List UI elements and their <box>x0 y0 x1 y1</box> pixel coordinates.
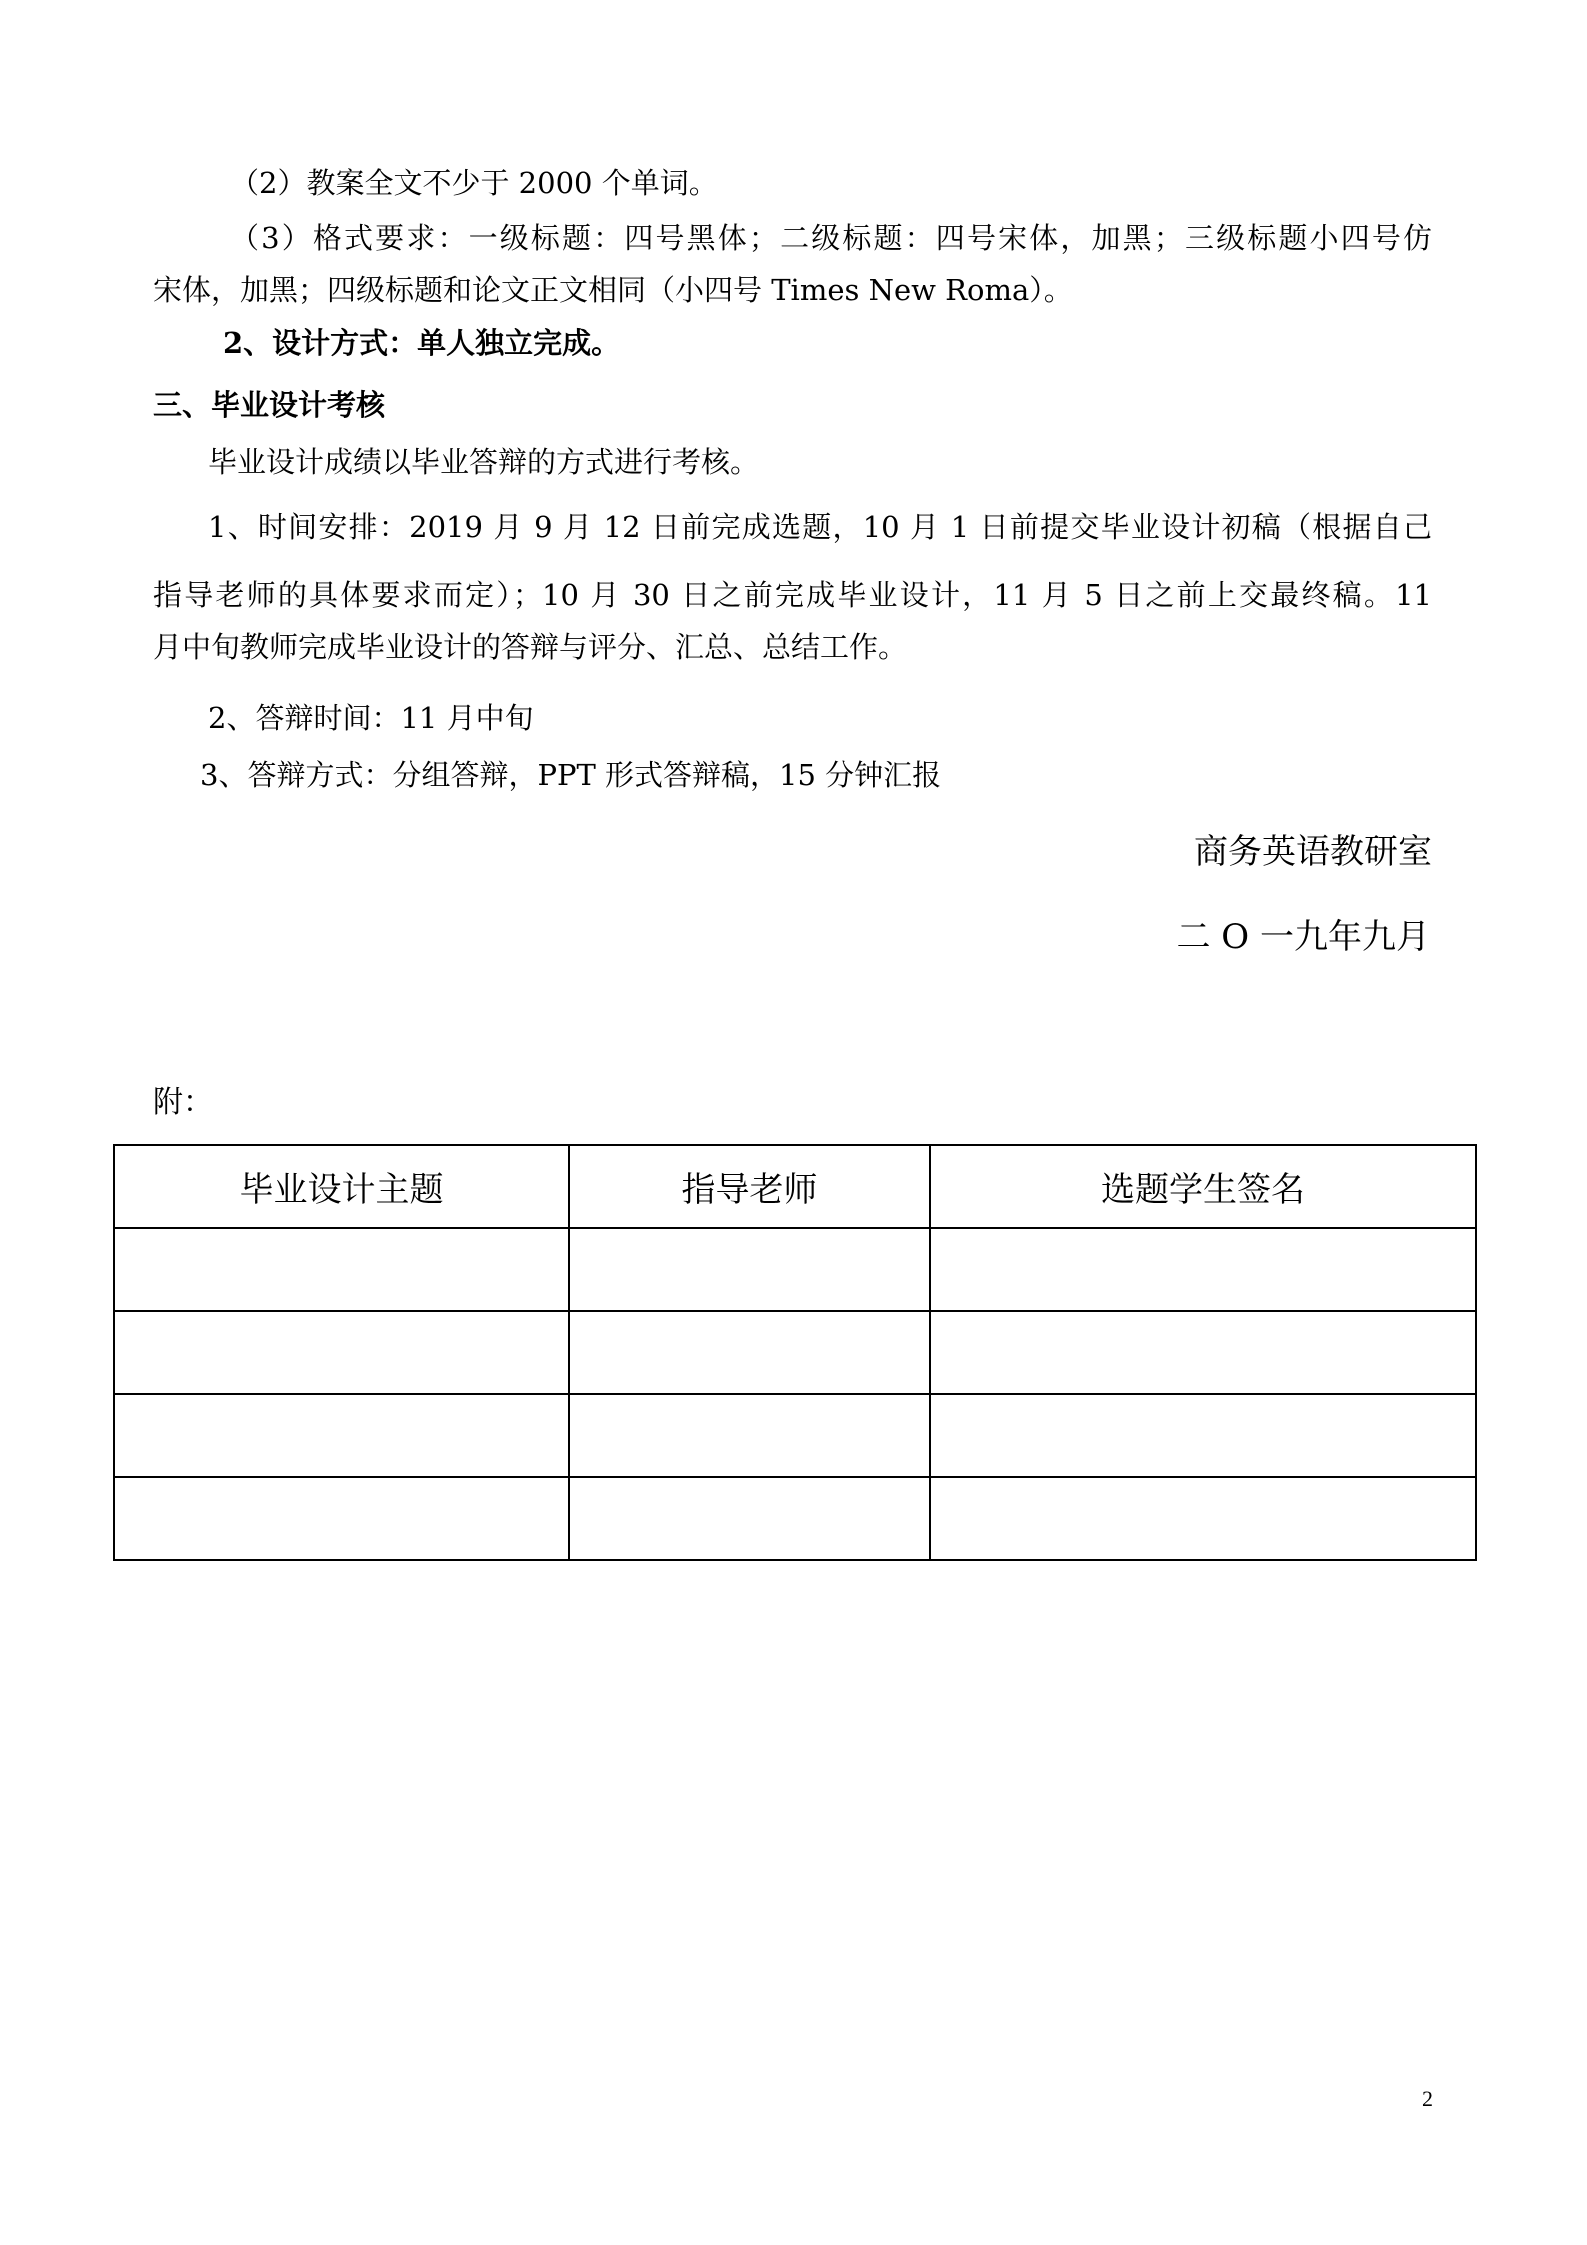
section-heading-assessment: 三、毕业设计考核 <box>153 387 385 423</box>
paragraph-requirement-2: （2）教案全文不少于 2000 个单词。 <box>230 165 718 201</box>
appendix-label: 附： <box>153 1085 213 1121</box>
table-row <box>114 1311 1476 1394</box>
cell-student-signature <box>930 1228 1476 1311</box>
table-row <box>114 1394 1476 1477</box>
table-row <box>114 1477 1476 1560</box>
header-design-topic: 毕业设计主题 <box>114 1145 569 1228</box>
cell-design-topic <box>114 1477 569 1560</box>
cell-design-topic <box>114 1228 569 1311</box>
paragraph-requirement-3-line2: 宋体，加黑；四级标题和论文正文相同（小四号 Times New Roma）。 <box>153 272 1073 308</box>
header-advisor: 指导老师 <box>569 1145 930 1228</box>
table-header-row: 毕业设计主题 指导老师 选题学生签名 <box>114 1145 1476 1228</box>
paragraph-schedule-line1: 1、时间安排：2019 月 9 月 12 日前完成选题，10 月 1 日前提交毕… <box>208 509 1432 545</box>
appendix-table: 毕业设计主题 指导老师 选题学生签名 <box>113 1144 1477 1561</box>
paragraph-defense-mode: 3、答辩方式：分组答辩，PPT 形式答辩稿，15 分钟汇报 <box>200 757 941 793</box>
signature-department: 商务英语教研室 <box>1194 832 1432 872</box>
cell-design-topic <box>114 1311 569 1394</box>
cell-advisor <box>569 1311 930 1394</box>
cell-student-signature <box>930 1394 1476 1477</box>
paragraph-defense-time: 2、答辩时间：11 月中旬 <box>208 700 534 736</box>
signature-date: 二 O 一九年九月 <box>1177 917 1431 957</box>
cell-advisor <box>569 1228 930 1311</box>
paragraph-schedule-line3: 月中旬教师完成毕业设计的答辩与评分、汇总、总结工作。 <box>153 629 907 665</box>
page-number: 2 <box>1422 2086 1433 2112</box>
header-student-signature: 选题学生签名 <box>930 1145 1476 1228</box>
cell-student-signature <box>930 1477 1476 1560</box>
cell-advisor <box>569 1477 930 1560</box>
paragraph-schedule-line2: 指导老师的具体要求而定）；10 月 30 日之前完成毕业设计，11 月 5 日之… <box>153 577 1432 613</box>
paragraph-design-mode: 2、设计方式：单人独立完成。 <box>223 325 620 361</box>
cell-student-signature <box>930 1311 1476 1394</box>
paragraph-requirement-3-line1: （3）格式要求：一级标题：四号黑体；二级标题：四号宋体，加黑；三级标题小四号仿 <box>230 220 1432 256</box>
cell-advisor <box>569 1394 930 1477</box>
table-row <box>114 1228 1476 1311</box>
paragraph-assessment-intro: 毕业设计成绩以毕业答辩的方式进行考核。 <box>208 444 759 480</box>
cell-design-topic <box>114 1394 569 1477</box>
